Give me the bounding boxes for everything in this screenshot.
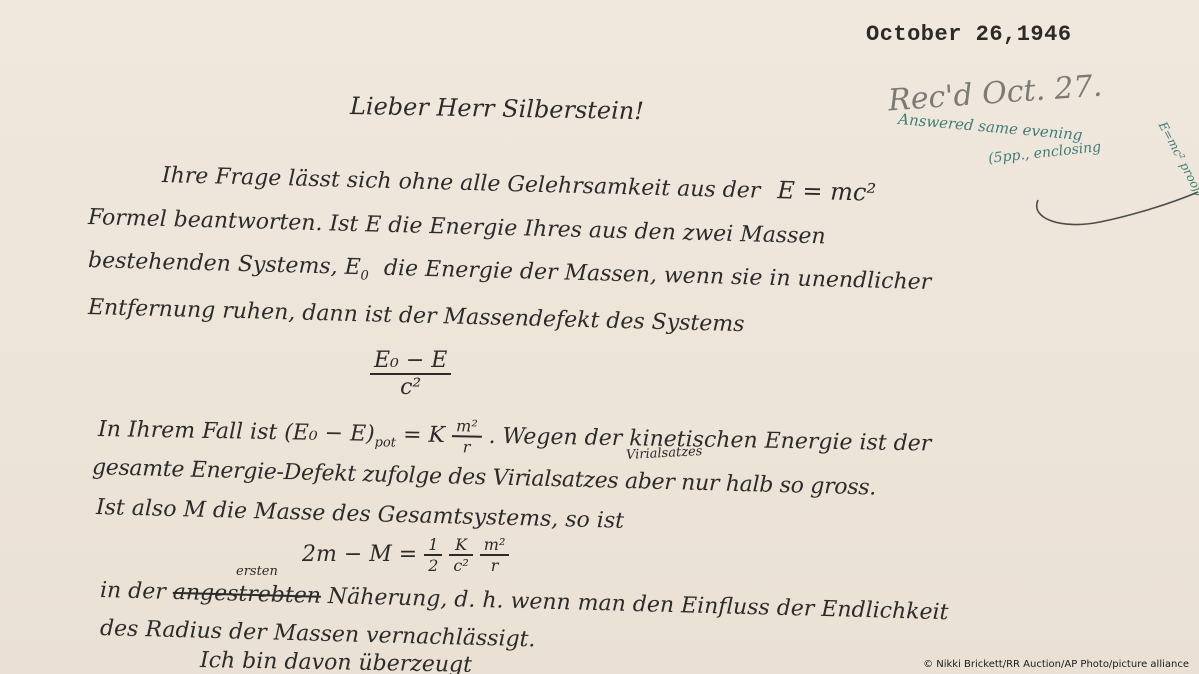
letter-line-3: bestehenden Systems, E0 die Energie der … [88,248,932,298]
struck-word: angestrebten [172,580,321,609]
energy-rhs: = K [403,422,445,448]
k-den: c² [449,556,472,575]
line-text: in der [100,578,166,605]
letter-line-10: Ich bin davon überzeugt [200,648,472,674]
mass-defect-formula: E₀ − E c² [370,348,451,400]
annotation-arrow-icon [1020,178,1199,238]
ersten-insertion: ersten [236,564,278,579]
letter-line-5: In Ihrem Fall ist (E₀ − E)pot = K m² r .… [98,410,932,465]
line-text: . Wegen der kinetischen Energie ist der [488,424,931,457]
mass-defect-numerator: E₀ − E [370,348,451,375]
letter-line-6: gesamte Energie-Defekt zufolge des Viria… [92,455,877,501]
energy-frac-den: r [452,437,482,457]
letter-line-7: Ist also M die Masse des Gesamtsystems, … [96,495,625,534]
letter-line-4: Entfernung ruhen, dann ist der Massendef… [88,295,745,337]
final-equation: 2m − M = 1 2 K c² m² r [302,535,509,575]
letter-line-2: Formel beantworten. Ist E die Energie Ih… [88,205,826,249]
line-text: die Energie der Massen, wenn sie in unen… [384,256,932,295]
line-text: In Ihrem Fall ist [98,417,278,445]
m-num: m² [480,535,510,556]
answer-note-line1: Answered same evening [898,110,1084,144]
greeting: Lieber Herr Silberstein! [350,92,644,125]
letter-line-1: Ihre Frage lässt sich ohne alle Gelehrsa… [162,160,877,207]
energy-frac-num: m² [452,416,482,438]
final-lhs: 2m − M = [302,542,417,567]
letter-line-8: in der angestrebten Näherung, d. h. wenn… [100,578,949,625]
line-text: bestehenden Systems, E [88,248,361,280]
energy-subscript: pot [374,435,396,450]
m-den: r [480,556,510,575]
typed-date: October 26,1946 [866,22,1072,47]
mass-defect-denominator: c² [370,375,451,400]
line-text: Näherung, d. h. wenn man den Einfluss de… [328,584,949,625]
answer-note-line2: (5pp., enclosing [987,139,1101,167]
photo-credit: © Nikki Brickett/RR Auction/AP Photo/pic… [923,659,1189,670]
half-den: 2 [424,556,442,575]
inline-formula: E = mc² [777,176,876,207]
energy-lhs: (E₀ − E) [284,420,375,447]
k-num: K [449,535,472,556]
half-num: 1 [424,535,442,556]
letter-line-9: des Radius der Massen vernachlässigt. [100,616,536,652]
line-text: Ihre Frage lässt sich ohne alle Gelehrsa… [162,163,761,204]
letter-paper: October 26,1946 Rec'd Oct. 27. Answered … [0,0,1199,674]
